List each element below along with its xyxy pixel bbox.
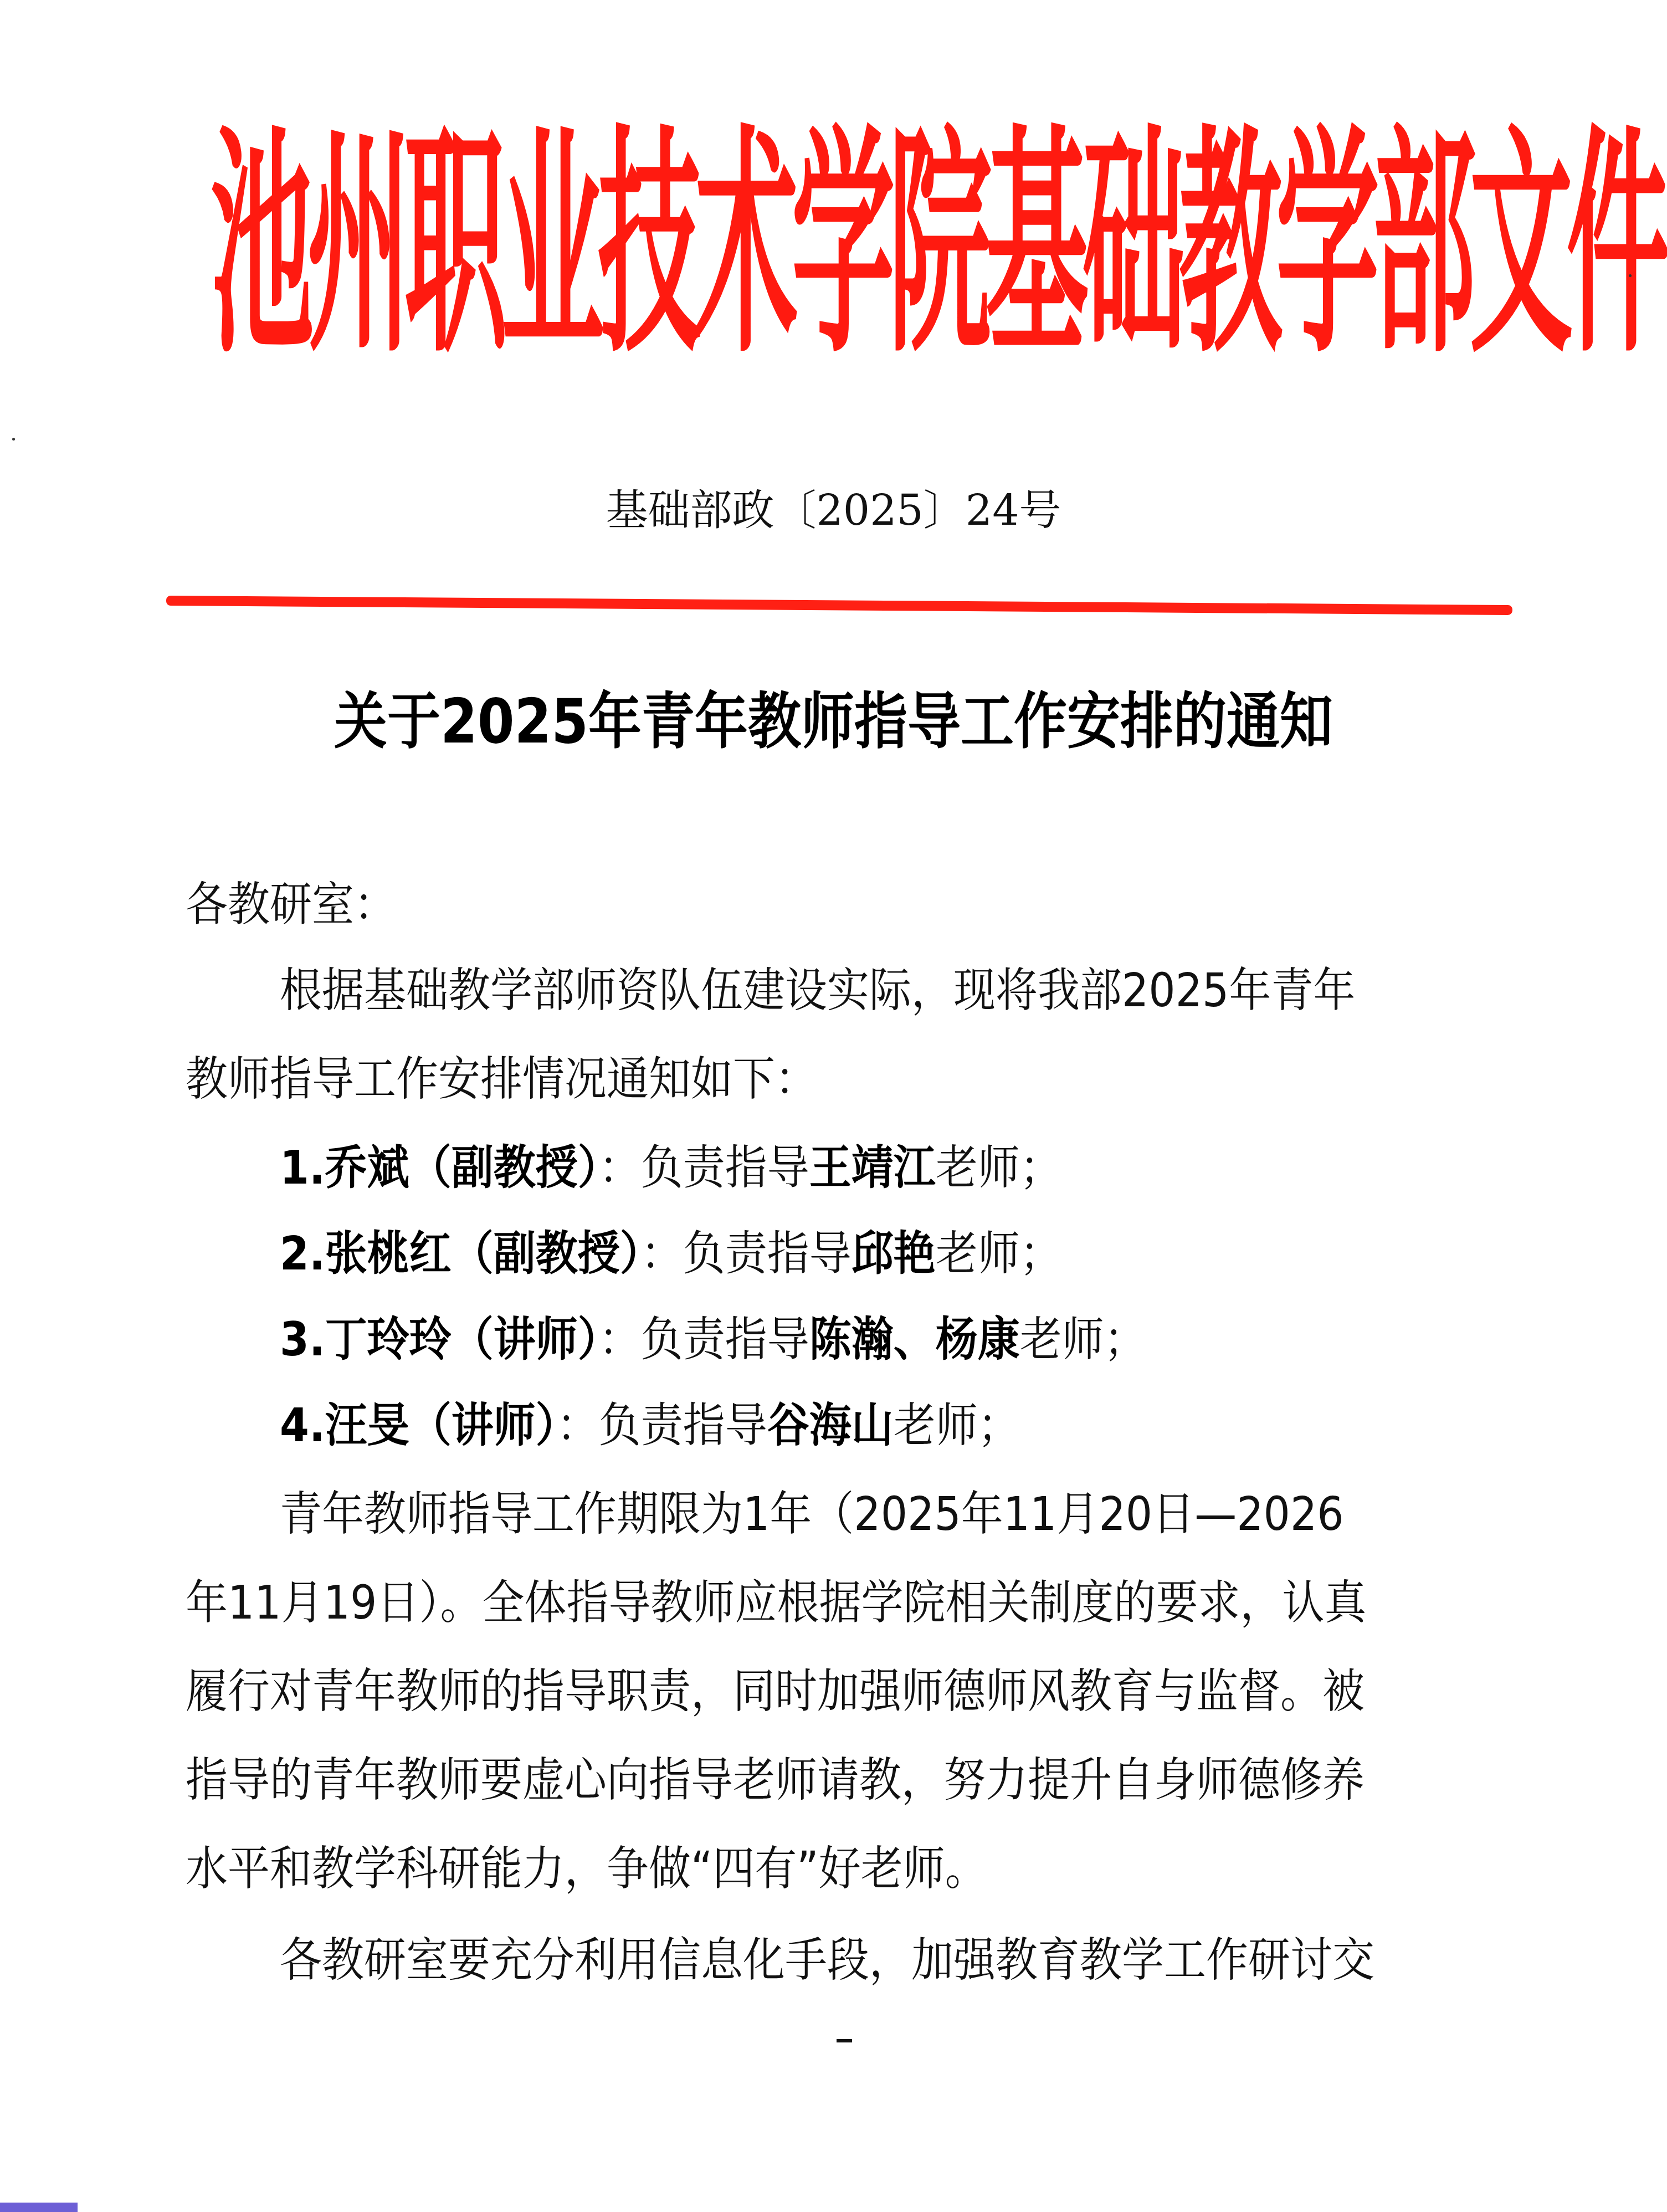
letterhead-char: 州 [307, 124, 404, 365]
page-number-mark [837, 2039, 852, 2042]
item-number: 1. [280, 1140, 325, 1195]
letterhead-char: 件 [1567, 124, 1664, 365]
closing-paragraph-line-1: 各教研室要充分利用信息化手段，加强教育教学工作研讨交 [280, 1923, 1571, 1989]
intro-line-2: 教师指导工作安排情况通知如下： [186, 1042, 1476, 1108]
assignment-text: ：负责指导 [599, 1312, 809, 1366]
letterhead-char: 技 [598, 124, 695, 365]
mentor-name: 乔斌（副教授） [325, 1140, 599, 1195]
letterhead-char: 学 [1276, 124, 1373, 365]
intro-line-1: 根据基础教学部师资队伍建设实际，现将我部2025年青年 [280, 953, 1571, 1020]
mentor-name: 汪旻（讲师） [325, 1398, 557, 1452]
mentee-name: 邱艳 [852, 1226, 936, 1281]
assignment-item-3: 3.丁玲玲（讲师）：负责指导陈瀚、杨康老师； [280, 1302, 1571, 1369]
letterhead-char: 院 [889, 124, 986, 365]
assignment-suffix: 老师； [1020, 1312, 1146, 1366]
letterhead-char: 学 [792, 124, 889, 365]
assignment-text: ：负责指导 [641, 1226, 852, 1281]
letterhead-char: 业 [501, 124, 598, 365]
scan-speck [12, 438, 15, 441]
assignment-suffix: 老师； [894, 1398, 1020, 1452]
period-paragraph-line-5: 水平和教学科研能力，争做“四有”好老师。 [186, 1831, 1476, 1898]
assignment-suffix: 老师； [936, 1226, 1062, 1281]
mentor-name: 丁玲玲（讲师） [325, 1312, 599, 1366]
item-number: 4. [280, 1398, 325, 1452]
document-page: 池 州 职 业 技 术 学 院 基 础 教 学 部 文 件 基础部政〔2025〕… [0, 0, 1667, 2212]
assignment-text: ：负责指导 [557, 1398, 767, 1452]
scan-speck [1629, 274, 1632, 277]
period-paragraph-line-1: 青年教师指导工作期限为1年（2025年11月20日—2026 [280, 1477, 1571, 1543]
letterhead-char: 职 [404, 124, 501, 365]
red-divider-line [166, 596, 1512, 615]
notice-title: 关于2025年青年教师指导工作安排的通知 [0, 673, 1667, 761]
letterhead-char: 教 [1179, 124, 1276, 365]
letterhead-char: 础 [1083, 124, 1179, 365]
period-paragraph-line-2: 年11月19日）。全体指导教师应根据学院相关制度的要求，认真 [186, 1565, 1476, 1632]
mentee-name: 王靖江 [809, 1140, 936, 1195]
red-letterhead: 池 州 职 业 技 术 学 院 基 础 教 学 部 文 件 [211, 59, 997, 429]
document-number: 基础部政〔2025〕24号 [0, 477, 1667, 537]
letterhead-char: 部 [1373, 124, 1470, 365]
assignment-item-2: 2.张桃红（副教授）：负责指导邱艳老师； [280, 1216, 1571, 1283]
letterhead-char: 基 [986, 124, 1083, 365]
item-number: 3. [280, 1312, 325, 1366]
mentee-name: 谷海山 [767, 1398, 894, 1452]
letterhead-char: 文 [1470, 124, 1567, 365]
assignment-item-1: 1.乔斌（副教授）：负责指导王靖江老师； [280, 1130, 1571, 1197]
salutation: 各教研室： [186, 867, 1476, 934]
assignment-item-4: 4.汪旻（讲师）：负责指导谷海山老师； [280, 1388, 1571, 1455]
letterhead-char: 池 [211, 124, 307, 365]
assignment-text: ：负责指导 [599, 1140, 809, 1195]
period-paragraph-line-4: 指导的青年教师要虚心向指导老师请教，努力提升自身师德修养 [186, 1743, 1476, 1809]
assignment-suffix: 老师； [936, 1140, 1062, 1195]
letterhead-char: 术 [695, 124, 792, 365]
mentor-name: 张桃红（副教授） [325, 1226, 641, 1281]
mentee-name: 陈瀚、杨康 [809, 1312, 1020, 1366]
item-number: 2. [280, 1226, 325, 1281]
scan-edge-artifact [0, 2203, 78, 2212]
period-paragraph-line-3: 履行对青年教师的指导职责，同时加强师德师风教育与监督。被 [186, 1654, 1476, 1721]
